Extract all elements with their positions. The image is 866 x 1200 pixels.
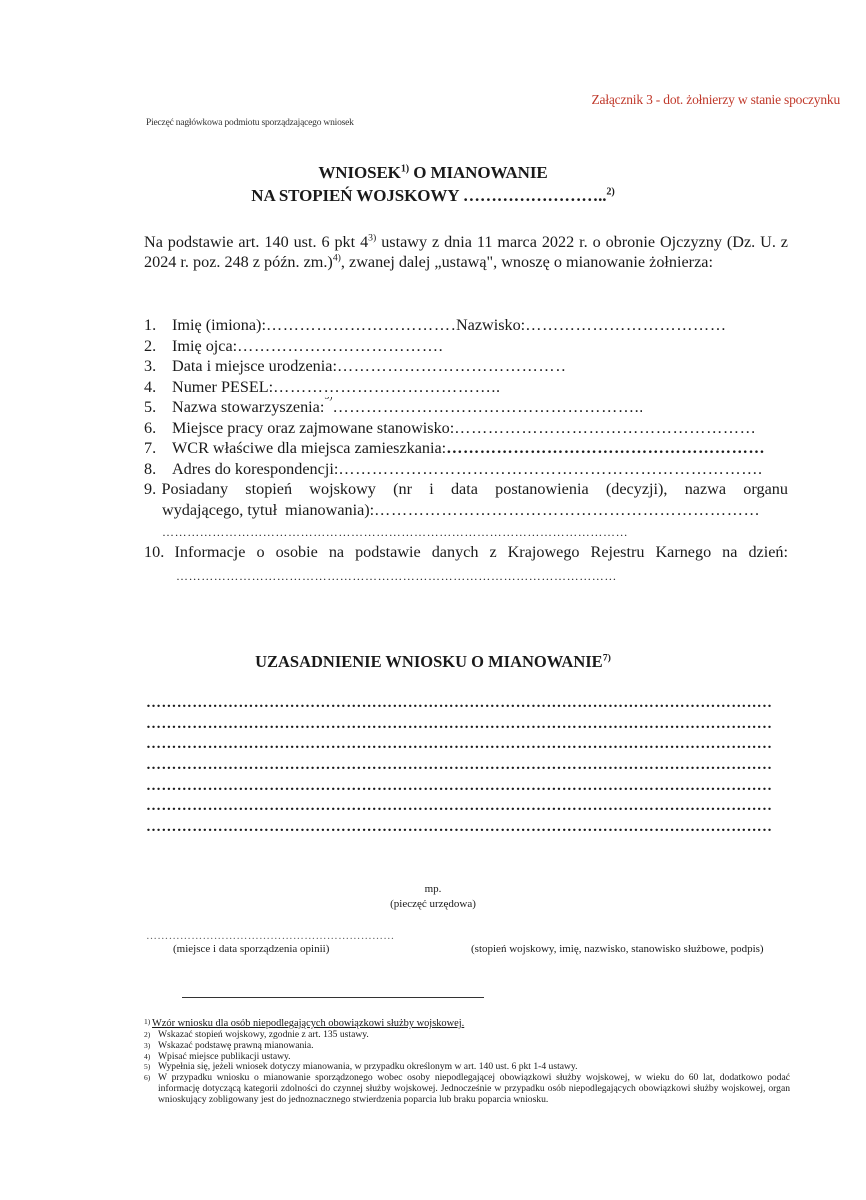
header-stamp-label: Pieczęć nagłówkowa podmiotu sporządzając… [146,118,354,128]
footnote-ref-1: 1) [401,163,409,174]
wcr-input[interactable]: …………………………………………………… [446,438,766,459]
intro-paragraph: Na podstawie art. 140 ust. 6 pkt 43) ust… [144,232,788,272]
field-criminal-record: 10. Informacje o osobie na podstawie dan… [144,542,788,564]
surname-input[interactable]: ……………………………….. [525,315,725,336]
document-title: WNIOSEK1) O MIANOWANIE [0,163,866,183]
association-input[interactable]: ……………………………………………….. [332,397,642,418]
footnote-item: 6) W przypadku wniosku o mianowanie spor… [144,1073,790,1105]
justification-line[interactable]: …………………………………………………………………………………………………………… [146,755,772,776]
field-correspondence-address: 8. Adres do korespondencji: ………………………………… [144,459,788,480]
field-birth-date-place: 3. Data i miejsce urodzenia: ……………………………… [144,356,788,377]
field-wcr: 7. WCR właściwe dla miejsca zamieszkania… [144,438,788,459]
field-workplace: 6. Miejsce pracy oraz zajmowane stanowis… [144,418,788,439]
pesel-input[interactable]: ………………………………….. [273,377,513,398]
justification-line[interactable]: …………………………………………………………………………………………………………… [146,714,772,735]
correspondence-address-input[interactable]: …………………………………………………………………. [338,459,788,480]
justification-line[interactable]: …………………………………………………………………………………………………………… [146,817,772,838]
footnotes: 1) Wzór wniosku dla osób niepodlegającyc… [144,1017,790,1106]
footnote-item: 3) Wskazać podstawę prawną mianowania. [144,1041,790,1052]
field-military-rank: 9. Posiadany stopień wojskowy (nr i data… [144,479,788,500]
military-rank-input[interactable]: …………………………………………………………… [374,500,774,521]
justification-title: UZASADNIENIE WNIOSKU O MIANOWANIE7) [0,652,866,672]
field-father-name: 2. Imię ojca: ………………………………. [144,336,788,357]
justification-line[interactable]: …………………………………………………………………………………………………………… [146,796,772,817]
annex-label: Załącznik 3 - dot. żołnierzy w stanie sp… [591,92,840,108]
applicant-fields-list: 1. Imię (imiona): ……………………………… Nazwisko:… [144,315,788,586]
place-date-input[interactable]: …………………………………………………………………… [146,930,394,942]
field-criminal-record-cont: …………………………………………………………………………………………… [144,564,788,586]
workplace-input[interactable]: …………………………………………………. [454,418,754,439]
footnote-ref-2: 2) [606,186,614,197]
field-pesel: 4. Numer PESEL: ………………………………….. [144,377,788,398]
justification-line[interactable]: …………………………………………………………………………………………………………… [146,734,772,755]
field-association: 5. Nazwa stowarzyszenia:5) …………………………………… [144,397,788,418]
document-subtitle: NA STOPIEŃ WOJSKOWY ……………………..2) [0,186,866,206]
footnote-ref-4: 4) [333,253,341,264]
footnote-ref-5: 5) [324,397,332,418]
signature-label: (stopień wojskowy, imię, nazwisko, stano… [471,943,764,955]
birth-date-place-input[interactable]: …………………………………… [337,356,567,377]
field-military-rank-cont: wydającego, tytuł mianowania): ………………………… [144,500,788,521]
military-rank-input-line2[interactable]: ………………………………………………………………………………………………… [162,520,788,542]
father-name-input[interactable]: ………………………………. [237,336,457,357]
field-military-rank-cont2: ………………………………………………………………………………………………… [144,520,788,542]
justification-line[interactable]: …………………………………………………………………………………………………………… [146,776,772,797]
justification-text-area[interactable]: …………………………………………………………………………………………………………… [146,693,772,838]
place-date-label: (miejsce i data sporządzenia opinii) [173,943,329,955]
official-seal-area: mp. (pieczęć urzędowa) [0,882,866,912]
criminal-record-input[interactable]: …………………………………………………………………………………………… [176,564,788,586]
first-name-input[interactable]: ……………………………… [266,315,456,336]
footnote-divider [182,997,484,998]
justification-line[interactable]: …………………………………………………………………………………………………………… [146,693,772,714]
field-first-name: 1. Imię (imiona): ……………………………… Nazwisko:… [144,315,788,336]
footnote-ref-7: 7) [603,653,611,664]
